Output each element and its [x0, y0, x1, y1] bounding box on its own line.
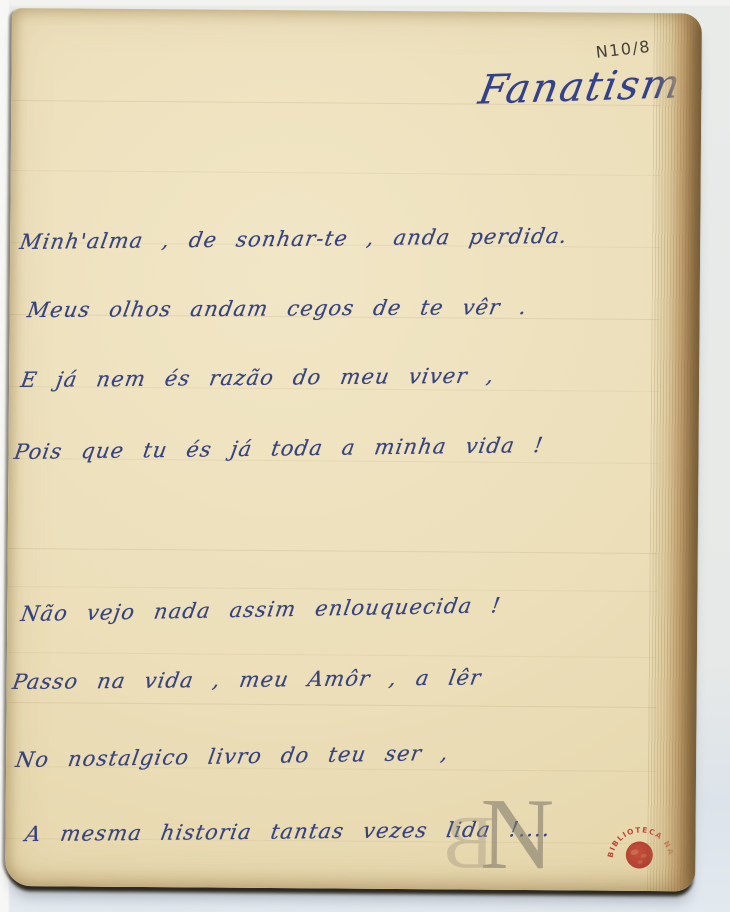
poem-line: No nostalgico livro do teu ser , [14, 741, 451, 772]
poem-line: A mesma historia tantas vezes lida !.... [23, 817, 552, 846]
page-fore-edge [647, 13, 702, 891]
scan-background: N10/8 Fanatismo Minh'alma , de sonhar-te… [0, 0, 730, 912]
rule-line [8, 548, 658, 554]
rule-line [11, 170, 661, 176]
watermark-letter-b-mirrored: B [443, 804, 494, 880]
rule-line [7, 702, 657, 708]
page-ruling [12, 8, 702, 13]
archive-reference: N10/8 [595, 37, 652, 62]
poem-line: E já nem és razão do meu viver , [19, 363, 497, 392]
rule-line [7, 586, 657, 592]
poem-line: Minh'alma , de sonhar-te , anda perdida. [18, 224, 570, 254]
poem-line: Não vejo nada assim enlouquecida ! [19, 593, 503, 626]
poem-line: Pois que tu és já toda a minha vida ! [12, 433, 545, 464]
manuscript-page: N10/8 Fanatismo Minh'alma , de sonhar-te… [5, 8, 702, 891]
poem-line: Passo na vida , meu Amôr , a lêr [11, 665, 484, 694]
poem-line: Meus olhos andam cegos de te vêr . [26, 295, 530, 322]
rule-line [7, 652, 657, 658]
